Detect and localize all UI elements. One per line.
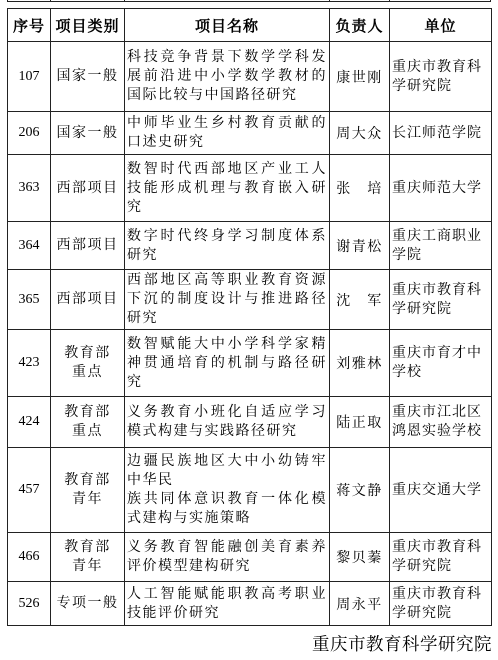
title-cell: 数字时代终身学习制度体系研究 [125,222,330,270]
table-row: 466 教育部 青年 义务教育智能融创美育素养评价模型建构研究 黎贝蓁 重庆市教… [8,533,492,582]
title-cell: 数智时代西部地区产业工人技能形成机理与教育嵌入研究 [125,155,330,222]
row-number-cell: 365 [8,270,51,330]
title-cell: 西部地区高等职业教育资源下沉的制度设计与推进路径研究 [125,270,330,330]
unit-cell: 重庆工商职业学院 [390,222,492,270]
title-cell: 边疆民族地区大中小幼铸牢中华民 族共同体意识教育一体化模式建构与实施策略 [125,448,330,533]
unit-cell: 重庆市教育科学研究院 [390,582,492,626]
table-row: 424 教育部 重点 义务教育小班化自适应学习模式构建与实践路径研究 陆正取 重… [8,397,492,448]
category-cell: 西部项目 [51,222,125,270]
leader-cell: 陆正取 [330,397,390,448]
footer-signature: 重庆市教育科学研究院 [312,631,492,656]
unit-cell: 重庆市教育科学研究院 [390,533,492,582]
table-row: 423 教育部 重点 数智赋能大中小学科学家精神贯通培育的机制与路径研究 刘雅林… [8,330,492,397]
table-row: 365 西部项目 西部地区高等职业教育资源下沉的制度设计与推进路径研究 沈 军 … [8,270,492,330]
category-cell: 教育部 青年 [51,533,125,582]
header-category: 项目类别 [51,9,125,42]
unit-cell: 重庆市教育科学研究院 [390,42,492,112]
unit-cell: 重庆交通大学 [390,448,492,533]
unit-cell: 重庆市教育科学研究院 [390,270,492,330]
row-number-cell: 206 [8,112,51,155]
cropped-row-sliver [7,0,491,2]
header-title: 项目名称 [125,9,330,42]
row-number-cell: 107 [8,42,51,112]
table-row: 206 国家一般 中师毕业生乡村教育贡献的口述史研究 周大众 长江师范学院 [8,112,492,155]
leader-cell: 蒋文静 [330,448,390,533]
header-leader: 负责人 [330,9,390,42]
unit-cell: 重庆市江北区鸿恩实验学校 [390,397,492,448]
unit-cell: 长江师范学院 [390,112,492,155]
category-cell: 国家一般 [51,112,125,155]
row-number-cell: 457 [8,448,51,533]
category-cell: 专项一般 [51,582,125,626]
category-cell: 西部项目 [51,155,125,222]
table-row: 107 国家一般 科技竞争背景下数学学科发展前沿进中小学数学教材的国际比较与中国… [8,42,492,112]
title-cell: 义务教育小班化自适应学习模式构建与实践路径研究 [125,397,330,448]
leader-cell: 谢青松 [330,222,390,270]
row-number-cell: 423 [8,330,51,397]
category-cell: 教育部 重点 [51,330,125,397]
title-cell: 中师毕业生乡村教育贡献的口述史研究 [125,112,330,155]
leader-cell: 周永平 [330,582,390,626]
leader-cell: 康世刚 [330,42,390,112]
header-row: 序号 项目类别 项目名称 负责人 单位 [8,9,492,42]
table-row: 364 西部项目 数字时代终身学习制度体系研究 谢青松 重庆工商职业学院 [8,222,492,270]
category-cell: 教育部 青年 [51,448,125,533]
header-unit: 单位 [390,9,492,42]
leader-cell: 张 培 [330,155,390,222]
row-number-cell: 526 [8,582,51,626]
unit-cell: 重庆市育才中学校 [390,330,492,397]
table-row: 363 西部项目 数智时代西部地区产业工人技能形成机理与教育嵌入研究 张 培 重… [8,155,492,222]
table-row: 457 教育部 青年 边疆民族地区大中小幼铸牢中华民 族共同体意识教育一体化模式… [8,448,492,533]
leader-cell: 沈 军 [330,270,390,330]
row-number-cell: 424 [8,397,51,448]
row-number-cell: 364 [8,222,51,270]
title-cell: 数智赋能大中小学科学家精神贯通培育的机制与路径研究 [125,330,330,397]
leader-cell: 黎贝蓁 [330,533,390,582]
row-number-cell: 363 [8,155,51,222]
title-cell: 义务教育智能融创美育素养评价模型建构研究 [125,533,330,582]
unit-cell: 重庆师范大学 [390,155,492,222]
table-row: 526 专项一般 人工智能赋能职教高考职业技能评价研究 周永平 重庆市教育科学研… [8,582,492,626]
title-cell: 科技竞争背景下数学学科发展前沿进中小学数学教材的国际比较与中国路径研究 [125,42,330,112]
row-number-cell: 466 [8,533,51,582]
title-cell: 人工智能赋能职教高考职业技能评价研究 [125,582,330,626]
category-cell: 西部项目 [51,270,125,330]
project-table: 序号 项目类别 项目名称 负责人 单位 107 国家一般 科技竞争背景下数学学科… [7,8,492,626]
leader-cell: 周大众 [330,112,390,155]
leader-cell: 刘雅林 [330,330,390,397]
category-cell: 教育部 重点 [51,397,125,448]
category-cell: 国家一般 [51,42,125,112]
header-no: 序号 [8,9,51,42]
